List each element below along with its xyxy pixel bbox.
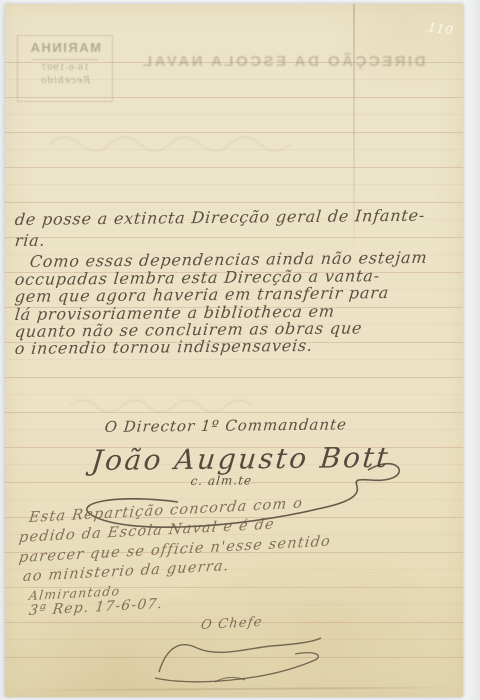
- scan-background: 110 MARINHA 16-6-1907 Recebido DIRECÇÃO …: [0, 0, 480, 700]
- chief-title: O Chefe: [200, 615, 263, 633]
- stamp-date: 16-6-1907: [18, 63, 112, 73]
- signature-rank: c. alm.te: [190, 473, 253, 488]
- horizontal-crease: [25, 686, 455, 691]
- body-line: ria.: [14, 231, 46, 250]
- page-number-mark: 110: [427, 20, 455, 37]
- stamp-divider: [32, 59, 98, 60]
- closing-title: O Director 1º Commandante: [100, 415, 352, 436]
- director-signature: João Augusto Bott: [90, 441, 392, 477]
- stamp-signature: Recebido: [18, 76, 112, 86]
- bleedthrough-stamp: MARINHA 16-6-1907 Recebido: [17, 35, 113, 102]
- body-line: o incendio tornou indispensaveis.: [14, 336, 314, 358]
- chief-signature: [145, 632, 330, 687]
- document-page: 110 MARINHA 16-6-1907 Recebido DIRECÇÃO …: [5, 4, 463, 697]
- stamp-title: MARINHA: [18, 40, 112, 55]
- body-line: de posse a extincta Direcção geral de In…: [14, 206, 426, 229]
- bleedthrough-writing: [45, 122, 345, 162]
- bleedthrough-header: DIRECÇÃO DA ESCOLA NAVAL: [115, 53, 451, 70]
